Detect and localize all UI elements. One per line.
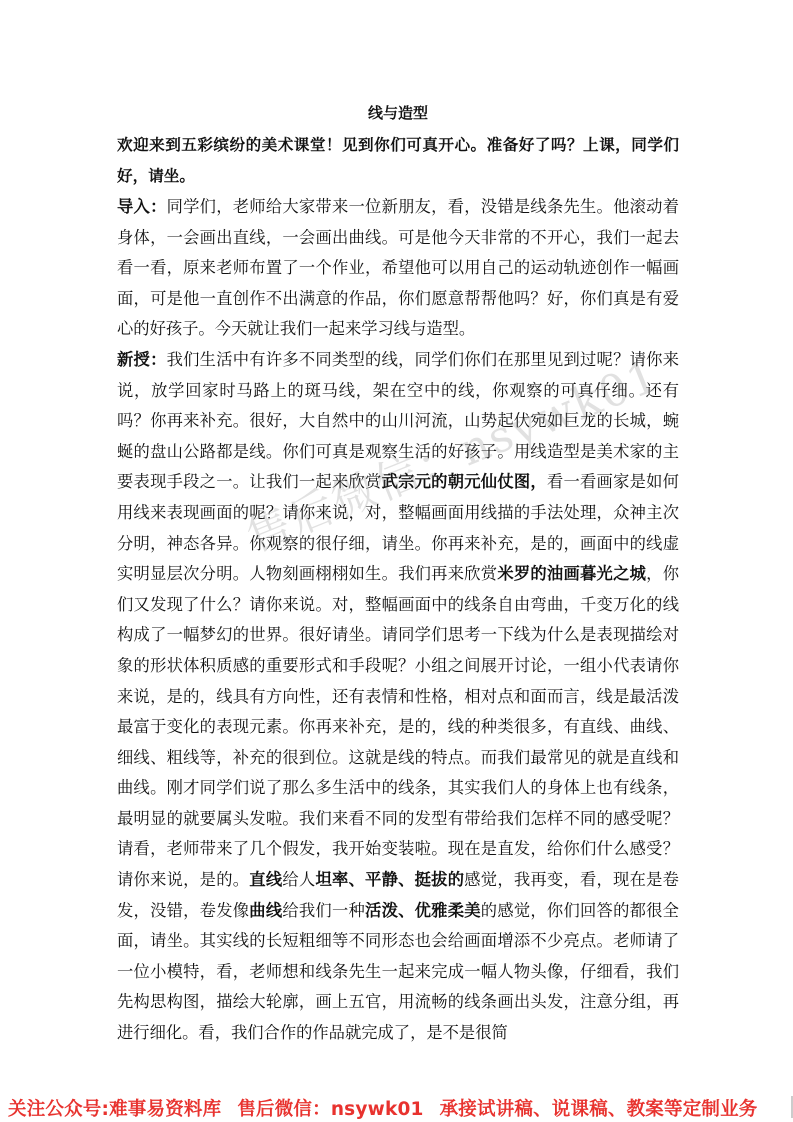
artwork-title: 米罗的油画暮光之城 <box>497 564 646 583</box>
key-term: 直线 <box>249 870 282 889</box>
artwork-title: 武宗元的朝元仙仗图， <box>382 472 547 491</box>
section-text: 给我们一种 <box>282 901 365 920</box>
footer-wechat-account: 关注公众号:难事易资料库 <box>8 1095 221 1121</box>
section-text: 给人 <box>282 870 315 889</box>
greeting-paragraph: 欢迎来到五彩缤纷的美术课堂！见到你们可真开心。准备好了吗？上课，同学们好，请坐。 <box>117 130 679 192</box>
key-term: 曲线 <box>249 901 282 920</box>
section-text: 我们生活中有许多不同类型的线，同学们你们在那里见到过呢？请你来说，放学回家时马路… <box>117 350 679 491</box>
document-title: 线与造型 <box>117 100 679 126</box>
footer-banner: 关注公众号:难事易资料库 售后微信：nsywk01 承接试讲稿、说课稿、教案等定… <box>0 1093 793 1122</box>
footer-support-wechat: 售后微信：nsywk01 <box>237 1095 423 1121</box>
section-label: 导入： <box>117 197 167 216</box>
document-page: 线与造型 欢迎来到五彩缤纷的美术课堂！见到你们可真开心。准备好了吗？上课，同学们… <box>117 100 679 1049</box>
key-term: 活泼、优雅柔美 <box>365 901 481 920</box>
section-intro: 导入：同学们，老师给大家带来一位新朋友，看，没错是线条先生。他滚动着身体，一会画… <box>117 192 679 345</box>
key-term: 坦率、平静、挺拔的 <box>315 870 464 889</box>
section-text: ，你们又发现了什么？请你来说。对，整幅画面中的线条自由弯曲，千变万化的线构成了一… <box>117 564 679 889</box>
section-label: 新授： <box>117 350 167 369</box>
section-new-lesson: 新授：我们生活中有许多不同类型的线，同学们你们在那里见到过呢？请你来说，放学回家… <box>117 345 679 1049</box>
section-text: 的感觉，你们回答的都很全面，请坐。其实线的长短粗细等不同形态也会给画面增添不少亮… <box>117 901 679 1042</box>
section-text: 同学们，老师给大家带来一位新朋友，看，没错是线条先生。他滚动着身体，一会画出直线… <box>117 197 679 338</box>
footer-service-note: 承接试讲稿、说课稿、教案等定制业务 <box>440 1095 758 1121</box>
